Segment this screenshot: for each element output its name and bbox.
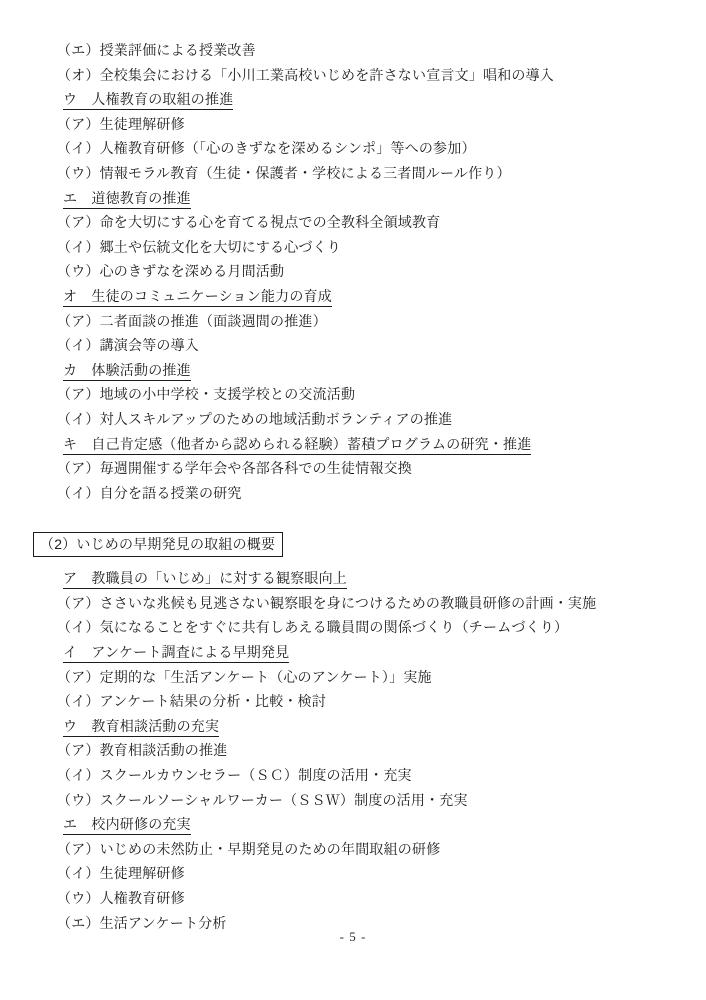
line-text: （イ）生徒理解研修 — [57, 865, 185, 881]
line-text: （イ）自分を語る授業の研究 — [57, 485, 242, 501]
outline-item-line: （ウ）スクールソーシャルワーカー（ＳＳＷ）制度の活用・充実 — [0, 788, 706, 813]
outline-item-line: （イ）講演会等の導入 — [0, 333, 706, 358]
outline-item-line: （イ）自分を語る授業の研究 — [0, 481, 706, 506]
outline-item-line: （ア）生徒理解研修 — [0, 112, 706, 137]
line-text: （ウ）スクールソーシャルワーカー（ＳＳＷ）制度の活用・充実 — [57, 792, 468, 808]
line-text: （ア）毎週開催する学年会や各部各科での生徒情報交換 — [57, 460, 412, 476]
line-text: （ア）定期的な「生活アンケート（心のアンケート）」実施 — [57, 669, 432, 685]
outline-heading-line: キ 自己肯定感（他者から認められる経験）蓄積プログラムの研究・推進 — [0, 432, 706, 457]
outline-item-line: （ア）地域の小中学校・支援学校との交流活動 — [0, 382, 706, 407]
line-text: （ア）生徒理解研修 — [57, 116, 185, 132]
line-text: （オ）全校集会における「小川工業高校いじめを許さない宣言文」唱和の導入 — [57, 67, 554, 83]
outline-heading-line: ウ 人権教育の取組の推進 — [0, 87, 706, 112]
outline-item-line: （ア）命を大切にする心を育てる視点での全教科全領域教育 — [0, 210, 706, 235]
line-text: キ 自己肯定感（他者から認められる経験）蓄積プログラムの研究・推進 — [63, 436, 531, 455]
early-detection-list: ア 教職員の「いじめ」に対する観察眼向上（ア）ささいな兆候も見逃さない観察眼を身… — [0, 566, 706, 935]
prevention-continuation-list: （エ）授業評価による授業改善（オ）全校集会における「小川工業高校いじめを許さない… — [0, 38, 706, 505]
early-detection-heading-row: （2）いじめの早期発見の取組の概要 — [33, 532, 706, 559]
early-detection-section-heading-box: （2）いじめの早期発見の取組の概要 — [33, 532, 283, 557]
outline-item-line: （イ）気になることをすぐに共有しあえる職員間の関係づくり（チームづくり） — [0, 615, 706, 640]
line-text: ウ 教育相談活動の充実 — [63, 718, 219, 737]
outline-item-line: （イ）人権教育研修（「心のきずなを深めるシンポ」等への参加） — [0, 136, 706, 161]
line-text: オ 生徒のコミュニケーション能力の育成 — [63, 288, 332, 307]
line-text: （イ）対人スキルアップのための地域活動ボランティアの推進 — [57, 411, 452, 427]
page-number: - 5 - — [0, 929, 706, 945]
outline-heading-line: イ アンケート調査による早期発見 — [0, 640, 706, 665]
outline-heading-line: エ 道徳教育の推進 — [0, 186, 706, 211]
line-text: （ア）いじめの未然防止・早期発見のための年間取組の研修 — [57, 841, 440, 857]
outline-item-line: （ア）ささいな兆候も見逃さない観察眼を身につけるための教職員研修の計画・実施 — [0, 591, 706, 616]
line-text: イ アンケート調査による早期発見 — [63, 644, 289, 663]
line-text: （イ）スクールカウンセラー（ＳＣ）制度の活用・充実 — [57, 767, 412, 783]
outline-item-line: （ウ）情報モラル教育（生徒・保護者・学校による三者間ルール作り） — [0, 161, 706, 186]
outline-item-line: （イ）対人スキルアップのための地域活動ボランティアの推進 — [0, 407, 706, 432]
line-text: （イ）アンケート結果の分析・比較・検討 — [57, 693, 326, 709]
line-text: （ア）教育相談活動の推進 — [57, 742, 227, 758]
outline-item-line: （イ）スクールカウンセラー（ＳＣ）制度の活用・充実 — [0, 763, 706, 788]
line-text: カ 体験活動の推進 — [63, 362, 191, 381]
outline-item-line: （ア）定期的な「生活アンケート（心のアンケート）」実施 — [0, 665, 706, 690]
line-text: ウ 人権教育の取組の推進 — [63, 91, 233, 110]
outline-item-line: （オ）全校集会における「小川工業高校いじめを許さない宣言文」唱和の導入 — [0, 63, 706, 88]
line-text: ア 教職員の「いじめ」に対する観察眼向上 — [63, 570, 347, 589]
outline-item-line: （ウ）心のきずなを深める月間活動 — [0, 259, 706, 284]
line-text: （ア）ささいな兆候も見逃さない観察眼を身につけるための教職員研修の計画・実施 — [57, 595, 596, 611]
line-text: （イ）講演会等の導入 — [57, 337, 199, 353]
line-text: （イ）郷土や伝統文化を大切にする心づくり — [57, 239, 341, 255]
outline-item-line: （ア）毎週開催する学年会や各部各科での生徒情報交換 — [0, 456, 706, 481]
line-text: （エ）授業評価による授業改善 — [57, 42, 256, 58]
outline-item-line: （イ）生徒理解研修 — [0, 861, 706, 886]
outline-item-line: （ア）二者面談の推進（面談週間の推進） — [0, 309, 706, 334]
line-text: （ウ）情報モラル教育（生徒・保護者・学校による三者間ルール作り） — [57, 165, 511, 181]
line-text: （ア）地域の小中学校・支援学校との交流活動 — [57, 386, 355, 402]
line-text: （イ）気になることをすぐに共有しあえる職員間の関係づくり（チームづくり） — [57, 619, 568, 635]
outline-heading-line: オ 生徒のコミュニケーション能力の育成 — [0, 284, 706, 309]
outline-item-line: （ア）教育相談活動の推進 — [0, 738, 706, 763]
outline-heading-line: エ 校内研修の充実 — [0, 812, 706, 837]
line-text: （ア）命を大切にする心を育てる視点での全教科全領域教育 — [57, 214, 440, 230]
early-detection-section-heading: （2）いじめの早期発見の取組の概要 — [40, 536, 275, 552]
document-page: （エ）授業評価による授業改善（オ）全校集会における「小川工業高校いじめを許さない… — [0, 0, 706, 1000]
outline-heading-line: ア 教職員の「いじめ」に対する観察眼向上 — [0, 566, 706, 591]
outline-item-line: （エ）授業評価による授業改善 — [0, 38, 706, 63]
line-text: （ア）二者面談の推進（面談週間の推進） — [57, 313, 327, 329]
outline-item-line: （イ）アンケート結果の分析・比較・検討 — [0, 689, 706, 714]
line-text: （イ）人権教育研修（「心のきずなを深めるシンポ」等への参加） — [57, 140, 476, 156]
outline-item-line: （ウ）人権教育研修 — [0, 886, 706, 911]
outline-heading-line: ウ 教育相談活動の充実 — [0, 714, 706, 739]
line-text: エ 校内研修の充実 — [63, 816, 191, 835]
line-text: （ウ）心のきずなを深める月間活動 — [57, 263, 284, 279]
outline-item-line: （ア）いじめの未然防止・早期発見のための年間取組の研修 — [0, 837, 706, 862]
outline-item-line: （イ）郷土や伝統文化を大切にする心づくり — [0, 235, 706, 260]
line-text: （ウ）人権教育研修 — [57, 890, 185, 906]
outline-heading-line: カ 体験活動の推進 — [0, 358, 706, 383]
line-text: エ 道徳教育の推進 — [63, 190, 191, 209]
